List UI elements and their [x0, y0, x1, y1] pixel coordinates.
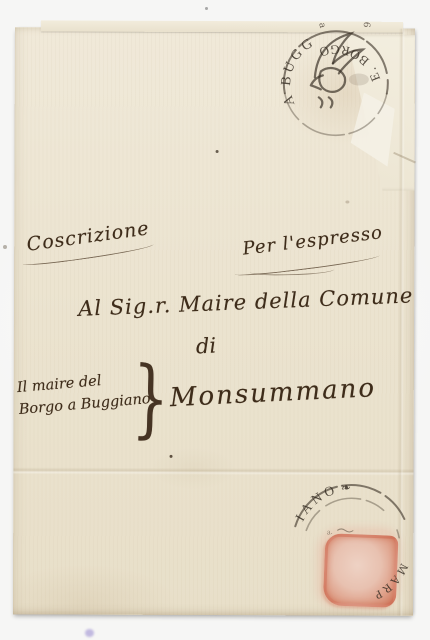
address-line-2: di [195, 333, 216, 358]
ink-speck [170, 455, 173, 458]
paper-stain [345, 200, 349, 203]
background-speck [3, 245, 7, 249]
postmark-bottom-side-text: MARPIE [289, 478, 412, 603]
purple-smudge [85, 629, 94, 637]
sender-line-1: Il maire del [16, 373, 102, 396]
svg-text:MARPIE: MARPIE [289, 478, 412, 603]
curly-bracket: } [131, 347, 170, 448]
destination-name: Monsummano [169, 373, 377, 413]
postmark-bottom-ornament: ❧ [340, 480, 351, 495]
svg-text:❧: ❧ [340, 480, 351, 495]
ink-speck [216, 150, 219, 153]
postmark-arrival: IANO ❧ a. MARPIE [289, 478, 413, 618]
underline-flourish [250, 266, 334, 276]
photo-of-letter: a 6 A BUGG E. BORGO [0, 0, 430, 640]
postmark-bottom-inner-marks: a. [326, 527, 333, 537]
letter-sheet: a 6 A BUGG E. BORGO [13, 27, 415, 615]
horizontal-crease [13, 467, 413, 475]
background-speck [205, 7, 208, 10]
address-line-1: Al Sig.r. Maire della Comune [78, 283, 414, 320]
postmark-borgo-a-buggiano: A BUGG E. BORGO [263, 15, 408, 151]
